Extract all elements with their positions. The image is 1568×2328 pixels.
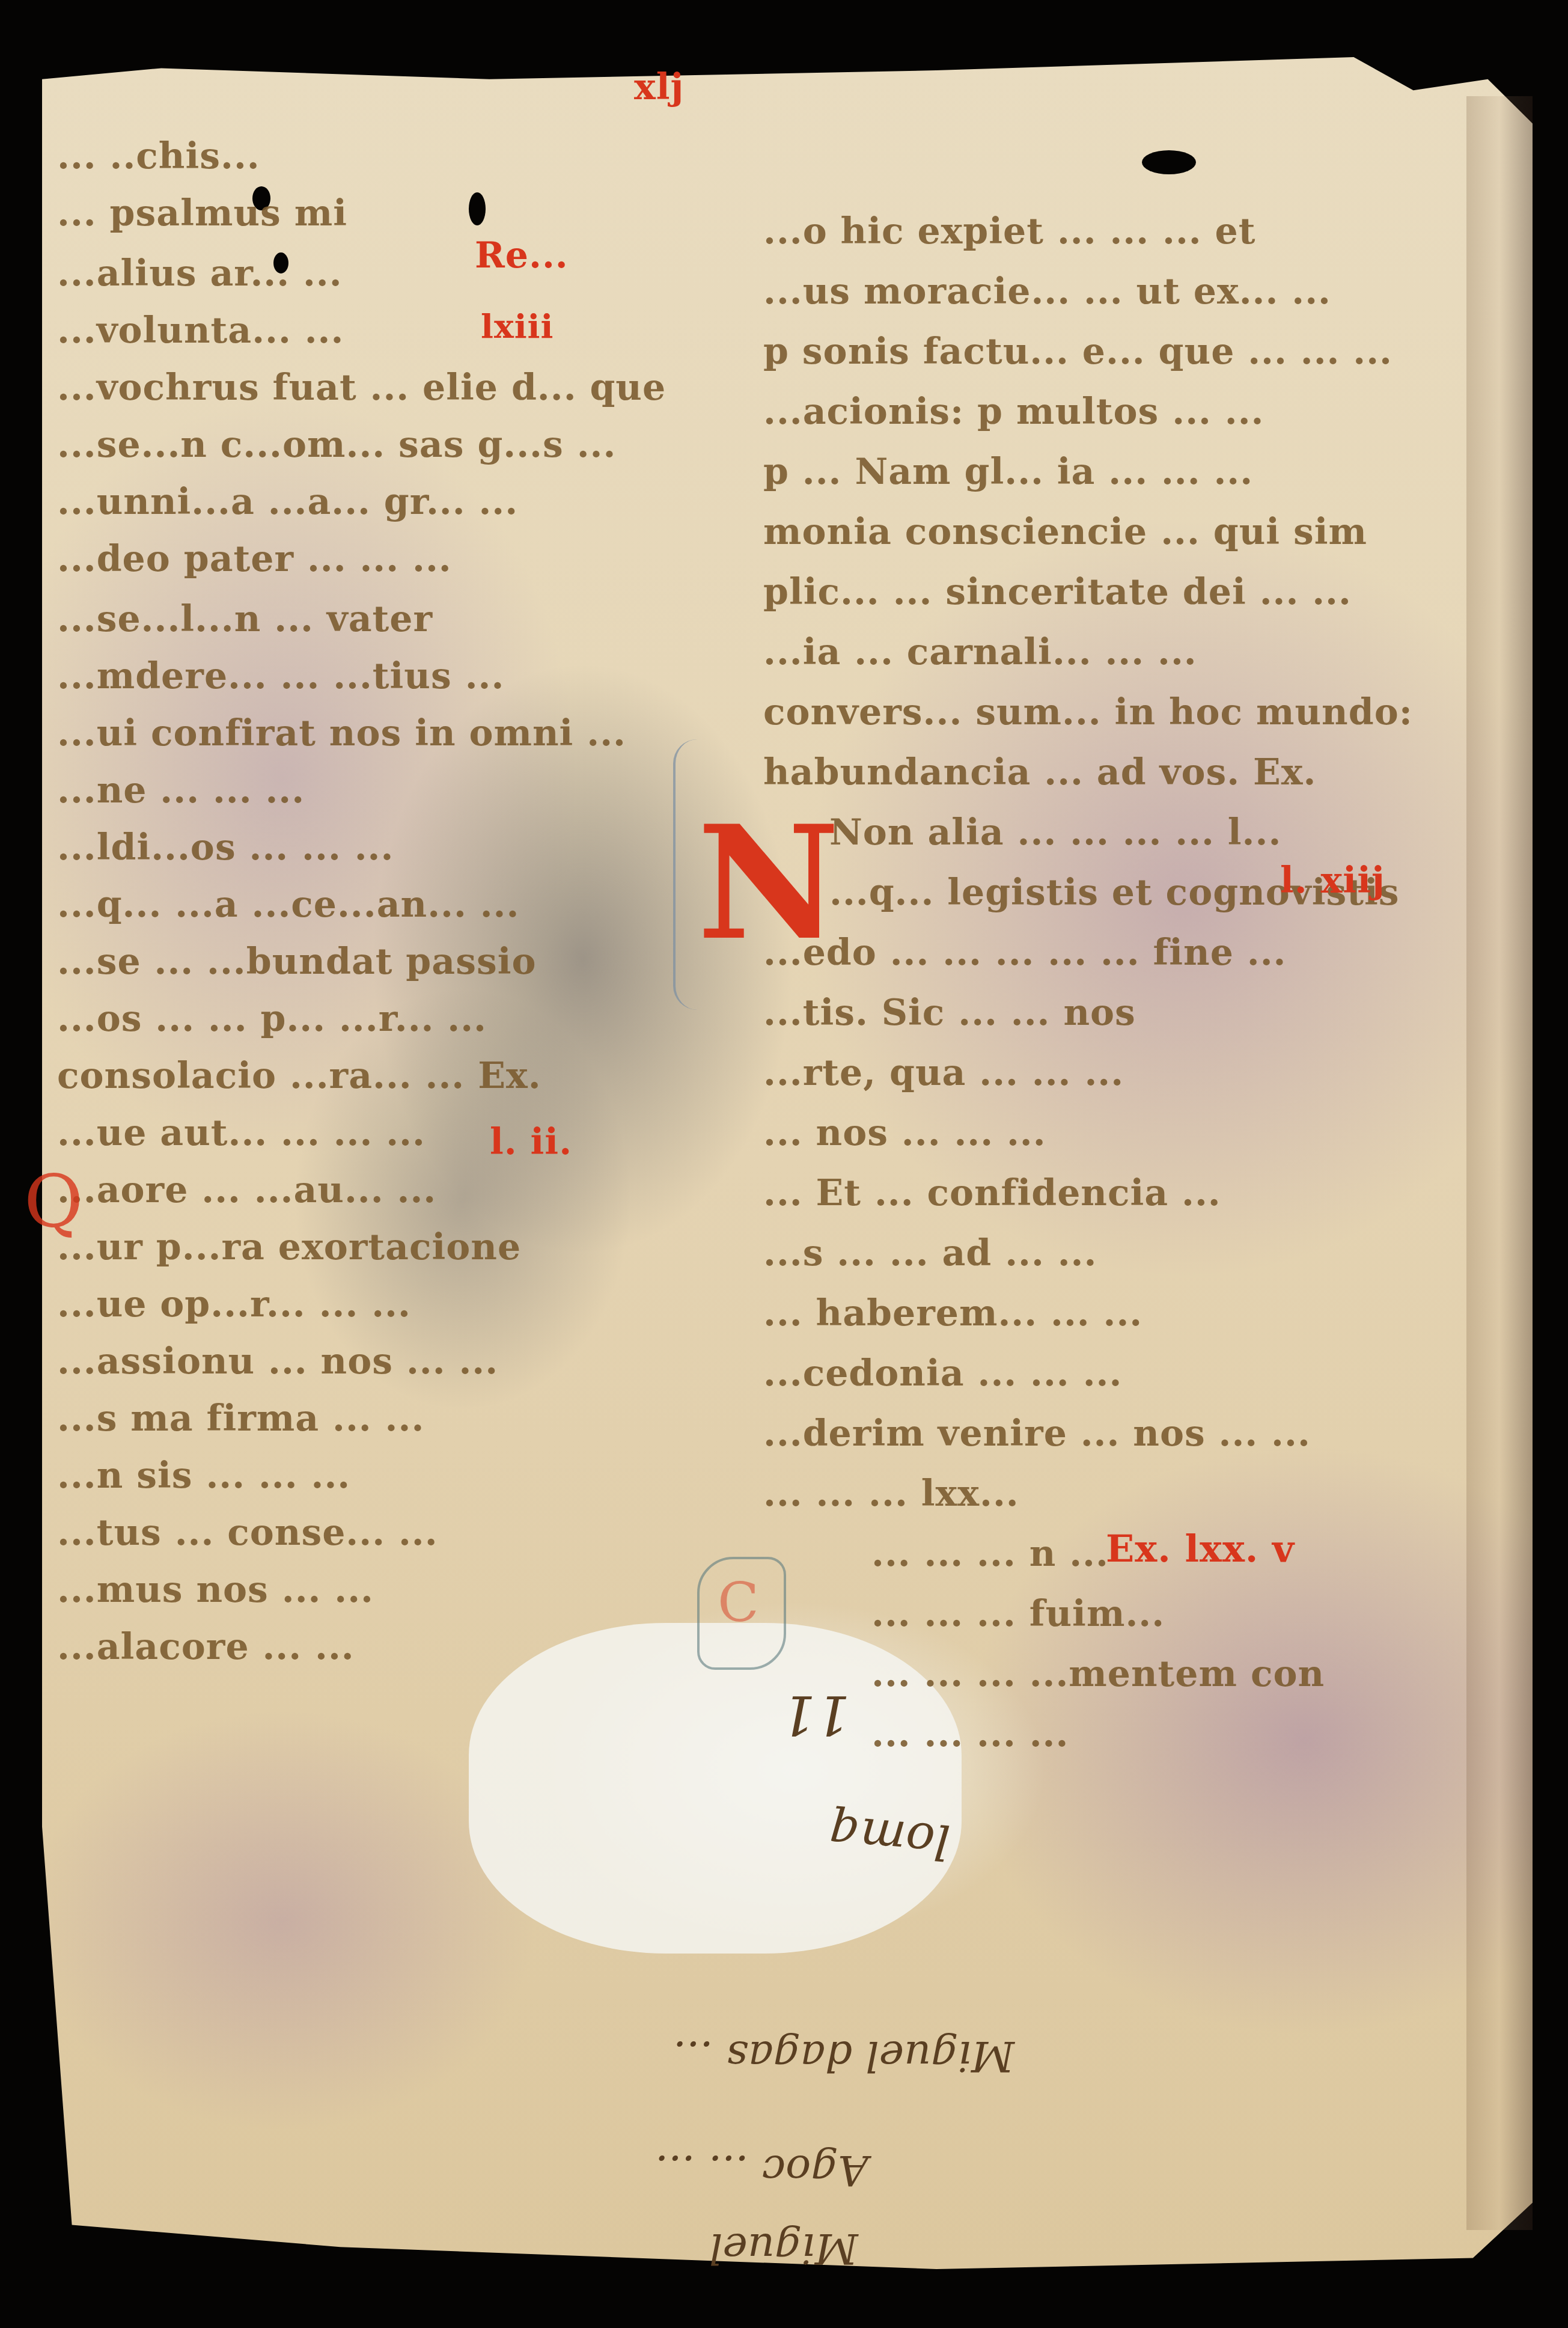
text-line: ...se ... ...bundat passio	[57, 944, 537, 980]
text-line: convers... sum... in hoc mundo:	[763, 694, 1413, 730]
rubric: Re...	[475, 234, 569, 276]
text-line: p sonis factu... e... que ... ... ...	[763, 334, 1393, 370]
initial-n: N	[697, 805, 817, 956]
text-line: ...ne ... ... ...	[57, 772, 305, 808]
text-line: ...mdere... ... ...tius ...	[57, 658, 504, 694]
text-line: ...se...n c...om... sas g...s ...	[57, 427, 616, 463]
text-line: consolacio ...ra... ... Ex.	[57, 1058, 541, 1094]
binding-edge	[1466, 96, 1533, 2230]
text-line: ...deo pater ... ... ...	[57, 541, 452, 577]
text-line: ...n sis ... ... ...	[57, 1458, 350, 1494]
text-line: ...ur p...ra exortacione	[57, 1229, 521, 1265]
text-line: ...alacore ... ...	[57, 1629, 355, 1665]
rubric: l. ii.	[490, 1121, 572, 1163]
inscription: lomq	[827, 1804, 952, 1870]
text-line: ...alius ar... ...	[57, 255, 343, 292]
text-line: ...rte, qua ... ... ...	[763, 1055, 1124, 1091]
text-line: ...cedonia ... ... ...	[763, 1355, 1122, 1392]
initial-c-letter: C	[718, 1571, 759, 1634]
text-line: ...us moracie... ... ut ex... ...	[763, 273, 1331, 310]
text-line: ... ... ... fuim...	[871, 1596, 1165, 1632]
text-line: ... nos ... ... ...	[763, 1115, 1046, 1151]
text-line: ... psalmus mi	[57, 195, 347, 231]
initial-c: C	[697, 1557, 786, 1670]
text-line: ... ... ... ...mentem con	[871, 1656, 1325, 1692]
text-line: ...s ma firma ... ...	[57, 1401, 424, 1437]
text-line: ... ..chis...	[57, 138, 260, 174]
text-line: ...q... ...a ...ce...an... ...	[57, 887, 519, 923]
text-line: ...tis. Sic ... ... nos	[763, 995, 1136, 1031]
folio-mark: xlj	[634, 66, 684, 108]
inscription: 11	[781, 1683, 850, 1746]
text-line: plic... ... sinceritate dei ... ...	[763, 574, 1352, 610]
worm-hole	[469, 192, 486, 225]
text-line: ...derim venire ... nos ... ...	[763, 1416, 1311, 1452]
text-line: ...acionis: p multos ... ...	[763, 394, 1264, 430]
text-line: ...vochrus fuat ... elie d... que	[57, 370, 666, 406]
initial-q: Q	[24, 1160, 83, 1244]
inscription: Miguel dagas ...	[673, 2032, 1014, 2081]
text-line: ...se...l...n ... vater	[57, 601, 433, 637]
text-line: ...aore ... ...au... ...	[57, 1172, 436, 1208]
text-line: ...ia ... carnali... ... ...	[763, 634, 1197, 670]
text-line: ...s ... ... ad ... ...	[763, 1235, 1097, 1271]
text-line: ...os ... ... p... ...r... ...	[57, 1001, 487, 1037]
text-line: p ... Nam gl... ia ... ... ...	[763, 454, 1253, 490]
worm-hole	[1142, 150, 1196, 174]
text-line: ... ... ... ...	[871, 1716, 1069, 1752]
text-line: ...ui confirat nos in omni ...	[57, 715, 626, 751]
text-line: ...tus ... conse... ...	[57, 1515, 438, 1551]
inscription: Miguel	[709, 2224, 858, 2273]
text-line: Non alia ... ... ... ... l...	[829, 814, 1281, 851]
text-line: ... ... ... n ...	[871, 1536, 1109, 1572]
text-line: ...o hic expiet ... ... ... et	[763, 213, 1255, 249]
text-line: ...mus nos ... ...	[57, 1572, 374, 1608]
text-line: ... haberem... ... ...	[763, 1295, 1142, 1331]
text-line: ...assionu ... nos ... ...	[57, 1343, 498, 1379]
text-line: monia consciencie ... qui sim	[763, 514, 1367, 550]
text-line: ...volunta... ...	[57, 313, 344, 349]
rubric: lxiii	[481, 307, 554, 346]
text-line: ... Et ... confidencia ...	[763, 1175, 1221, 1211]
rubric: l. xiij	[1280, 860, 1385, 902]
text-line: ... ... ... lxx...	[763, 1476, 1019, 1512]
text-line: ...edo ... ... ... ... ... fine ...	[763, 935, 1286, 971]
text-line: ...ldi...os ... ... ...	[57, 829, 394, 866]
text-line: ...ue op...r... ... ...	[57, 1286, 411, 1322]
text-line: habundancia ... ad vos. Ex.	[763, 754, 1316, 790]
inscription: Agoc ... ...	[655, 2146, 868, 2195]
text-line: ...unni...a ...a... gr... ...	[57, 484, 518, 520]
text-line: ...ue aut... ... ... ...	[57, 1115, 426, 1151]
rubric: Ex. lxx. v	[1106, 1527, 1295, 1571]
